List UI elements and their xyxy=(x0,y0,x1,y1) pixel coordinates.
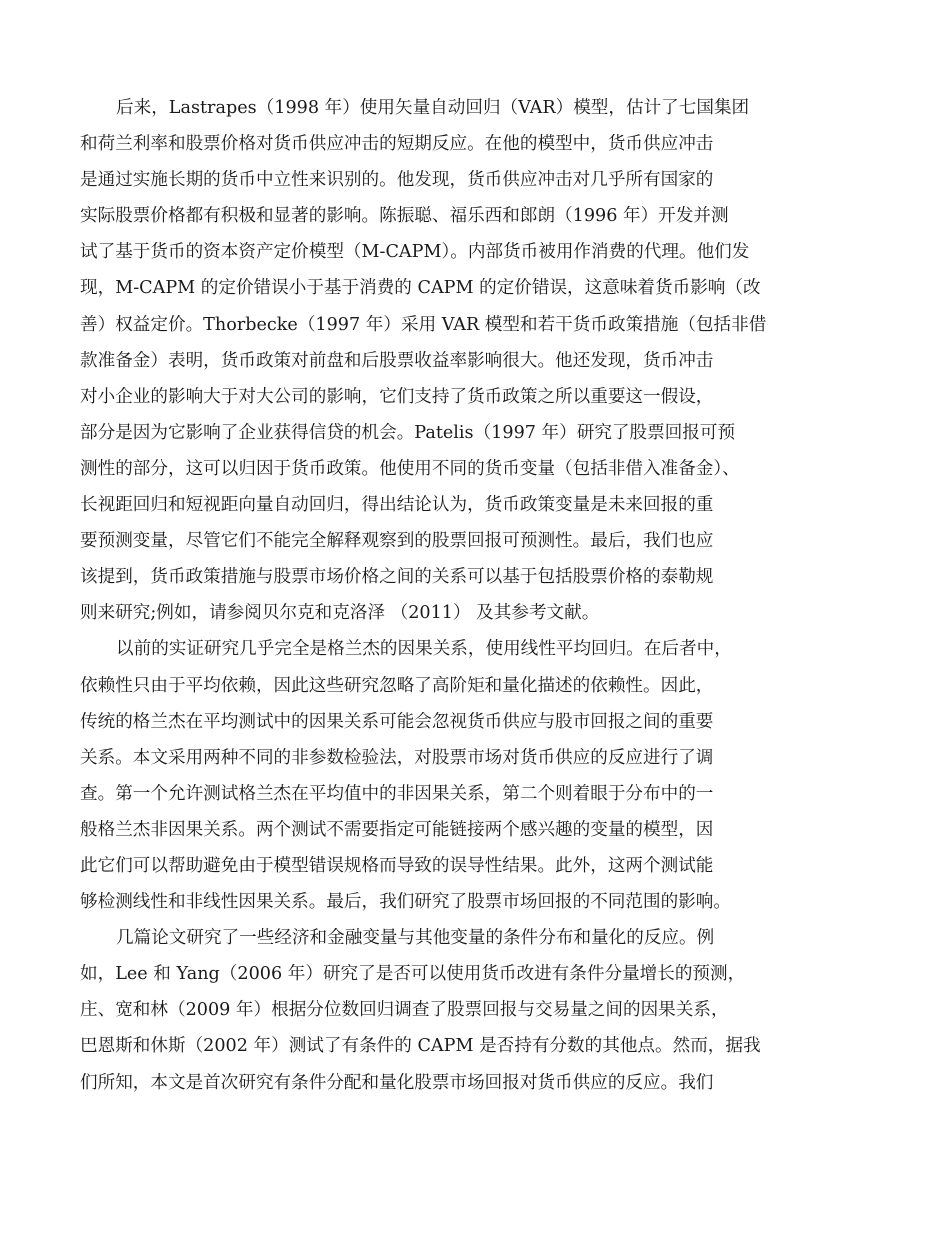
text-line: 长视距回归和短视距向量自动回归，得出结论认为，货币政策变量是未来回报的重 xyxy=(80,487,770,523)
text-line: 是通过实施长期的货币中立性来识别的。他发现，货币供应冲击对几乎所有国家的 xyxy=(80,162,770,198)
text-line: 如，Lee 和 Yang（2006 年）研究了是否可以使用货币改进有条件分量增长… xyxy=(80,956,770,992)
text-line: 部分是因为它影响了企业获得信贷的机会。Patelis（1997 年）研究了股票回… xyxy=(80,415,770,451)
text-line: 关系。本文采用两种不同的非参数检验法，对股票市场对货币供应的反应进行了调 xyxy=(80,740,770,776)
text-line: 善）权益定价。Thorbecke（1997 年）采用 VAR 模型和若干货币政策… xyxy=(80,307,770,343)
text-line: 依赖性只由于平均依赖，因此这些研究忽略了高阶矩和量化描述的依赖性。因此， xyxy=(80,668,770,704)
text-line: 后来，Lastrapes（1998 年）使用矢量自动回归（VAR）模型，估计了七… xyxy=(80,90,770,126)
text-line: 对小企业的影响大于对大公司的影响，它们支持了货币政策之所以重要这一假设， xyxy=(80,379,770,415)
text-line: 试了基于货币的资本资产定价模型（M-CAPM）。内部货币被用作消费的代理。他们发 xyxy=(80,234,770,270)
text-line: 和荷兰利率和股票价格对货币供应冲击的短期反应。在他的模型中，货币供应冲击 xyxy=(80,126,770,162)
text-line: 该提到，货币政策措施与股票市场价格之间的关系可以基于包括股票价格的泰勒规 xyxy=(80,559,770,595)
text-line: 们所知，本文是首次研究有条件分配和量化股票市场回报对货币供应的反应。我们 xyxy=(80,1065,770,1101)
text-line: 测性的部分，这可以归因于货币政策。他使用不同的货币变量（包括非借入准备金）、 xyxy=(80,451,770,487)
text-line: 此它们可以帮助避免由于模型错误规格而导致的误导性结果。此外，这两个测试能 xyxy=(80,848,770,884)
text-line: 实际股票价格都有积极和显著的影响。陈振聪、福乐西和郎朗（1996 年）开发并测 xyxy=(80,198,770,234)
text-line: 几篇论文研究了一些经济和金融变量与其他变量的条件分布和量化的反应。例 xyxy=(80,920,770,956)
text-line: 巴恩斯和休斯（2002 年）测试了有条件的 CAPM 是否持有分数的其他点。然而… xyxy=(80,1028,770,1064)
text-line: 查。第一个允许测试格兰杰在平均值中的非因果关系，第二个则着眼于分布中的一 xyxy=(80,776,770,812)
text-line: 般格兰杰非因果关系。两个测试不需要指定可能链接两个感兴趣的变量的模型，因 xyxy=(80,812,770,848)
document-page: 后来，Lastrapes（1998 年）使用矢量自动回归（VAR）模型，估计了七… xyxy=(80,90,770,1101)
text-line: 够检测线性和非线性因果关系。最后，我们研究了股票市场回报的不同范围的影响。 xyxy=(80,884,770,920)
paragraph-3: 几篇论文研究了一些经济和金融变量与其他变量的条件分布和量化的反应。例 如，Lee… xyxy=(80,920,770,1100)
text-line: 款准备金）表明，货币政策对前盘和后股票收益率影响很大。他还发现，货币冲击 xyxy=(80,343,770,379)
text-line: 庄、宽和林（2009 年）根据分位数回归调查了股票回报与交易量之间的因果关系， xyxy=(80,992,770,1028)
paragraph-2: 以前的实证研究几乎完全是格兰杰的因果关系，使用线性平均回归。在后者中， 依赖性只… xyxy=(80,631,770,920)
text-line: 要预测变量，尽管它们不能完全解释观察到的股票回报可预测性。最后，我们也应 xyxy=(80,523,770,559)
text-line: 以前的实证研究几乎完全是格兰杰的因果关系，使用线性平均回归。在后者中， xyxy=(80,631,770,667)
text-line: 则来研究;例如，请参阅贝尔克和克洛泽 （2011） 及其参考文献。 xyxy=(80,595,770,631)
paragraph-1: 后来，Lastrapes（1998 年）使用矢量自动回归（VAR）模型，估计了七… xyxy=(80,90,770,631)
text-line: 传统的格兰杰在平均测试中的因果关系可能会忽视货币供应与股市回报之间的重要 xyxy=(80,704,770,740)
text-line: 现，M-CAPM 的定价错误小于基于消费的 CAPM 的定价错误，这意味着货币影… xyxy=(80,270,770,306)
